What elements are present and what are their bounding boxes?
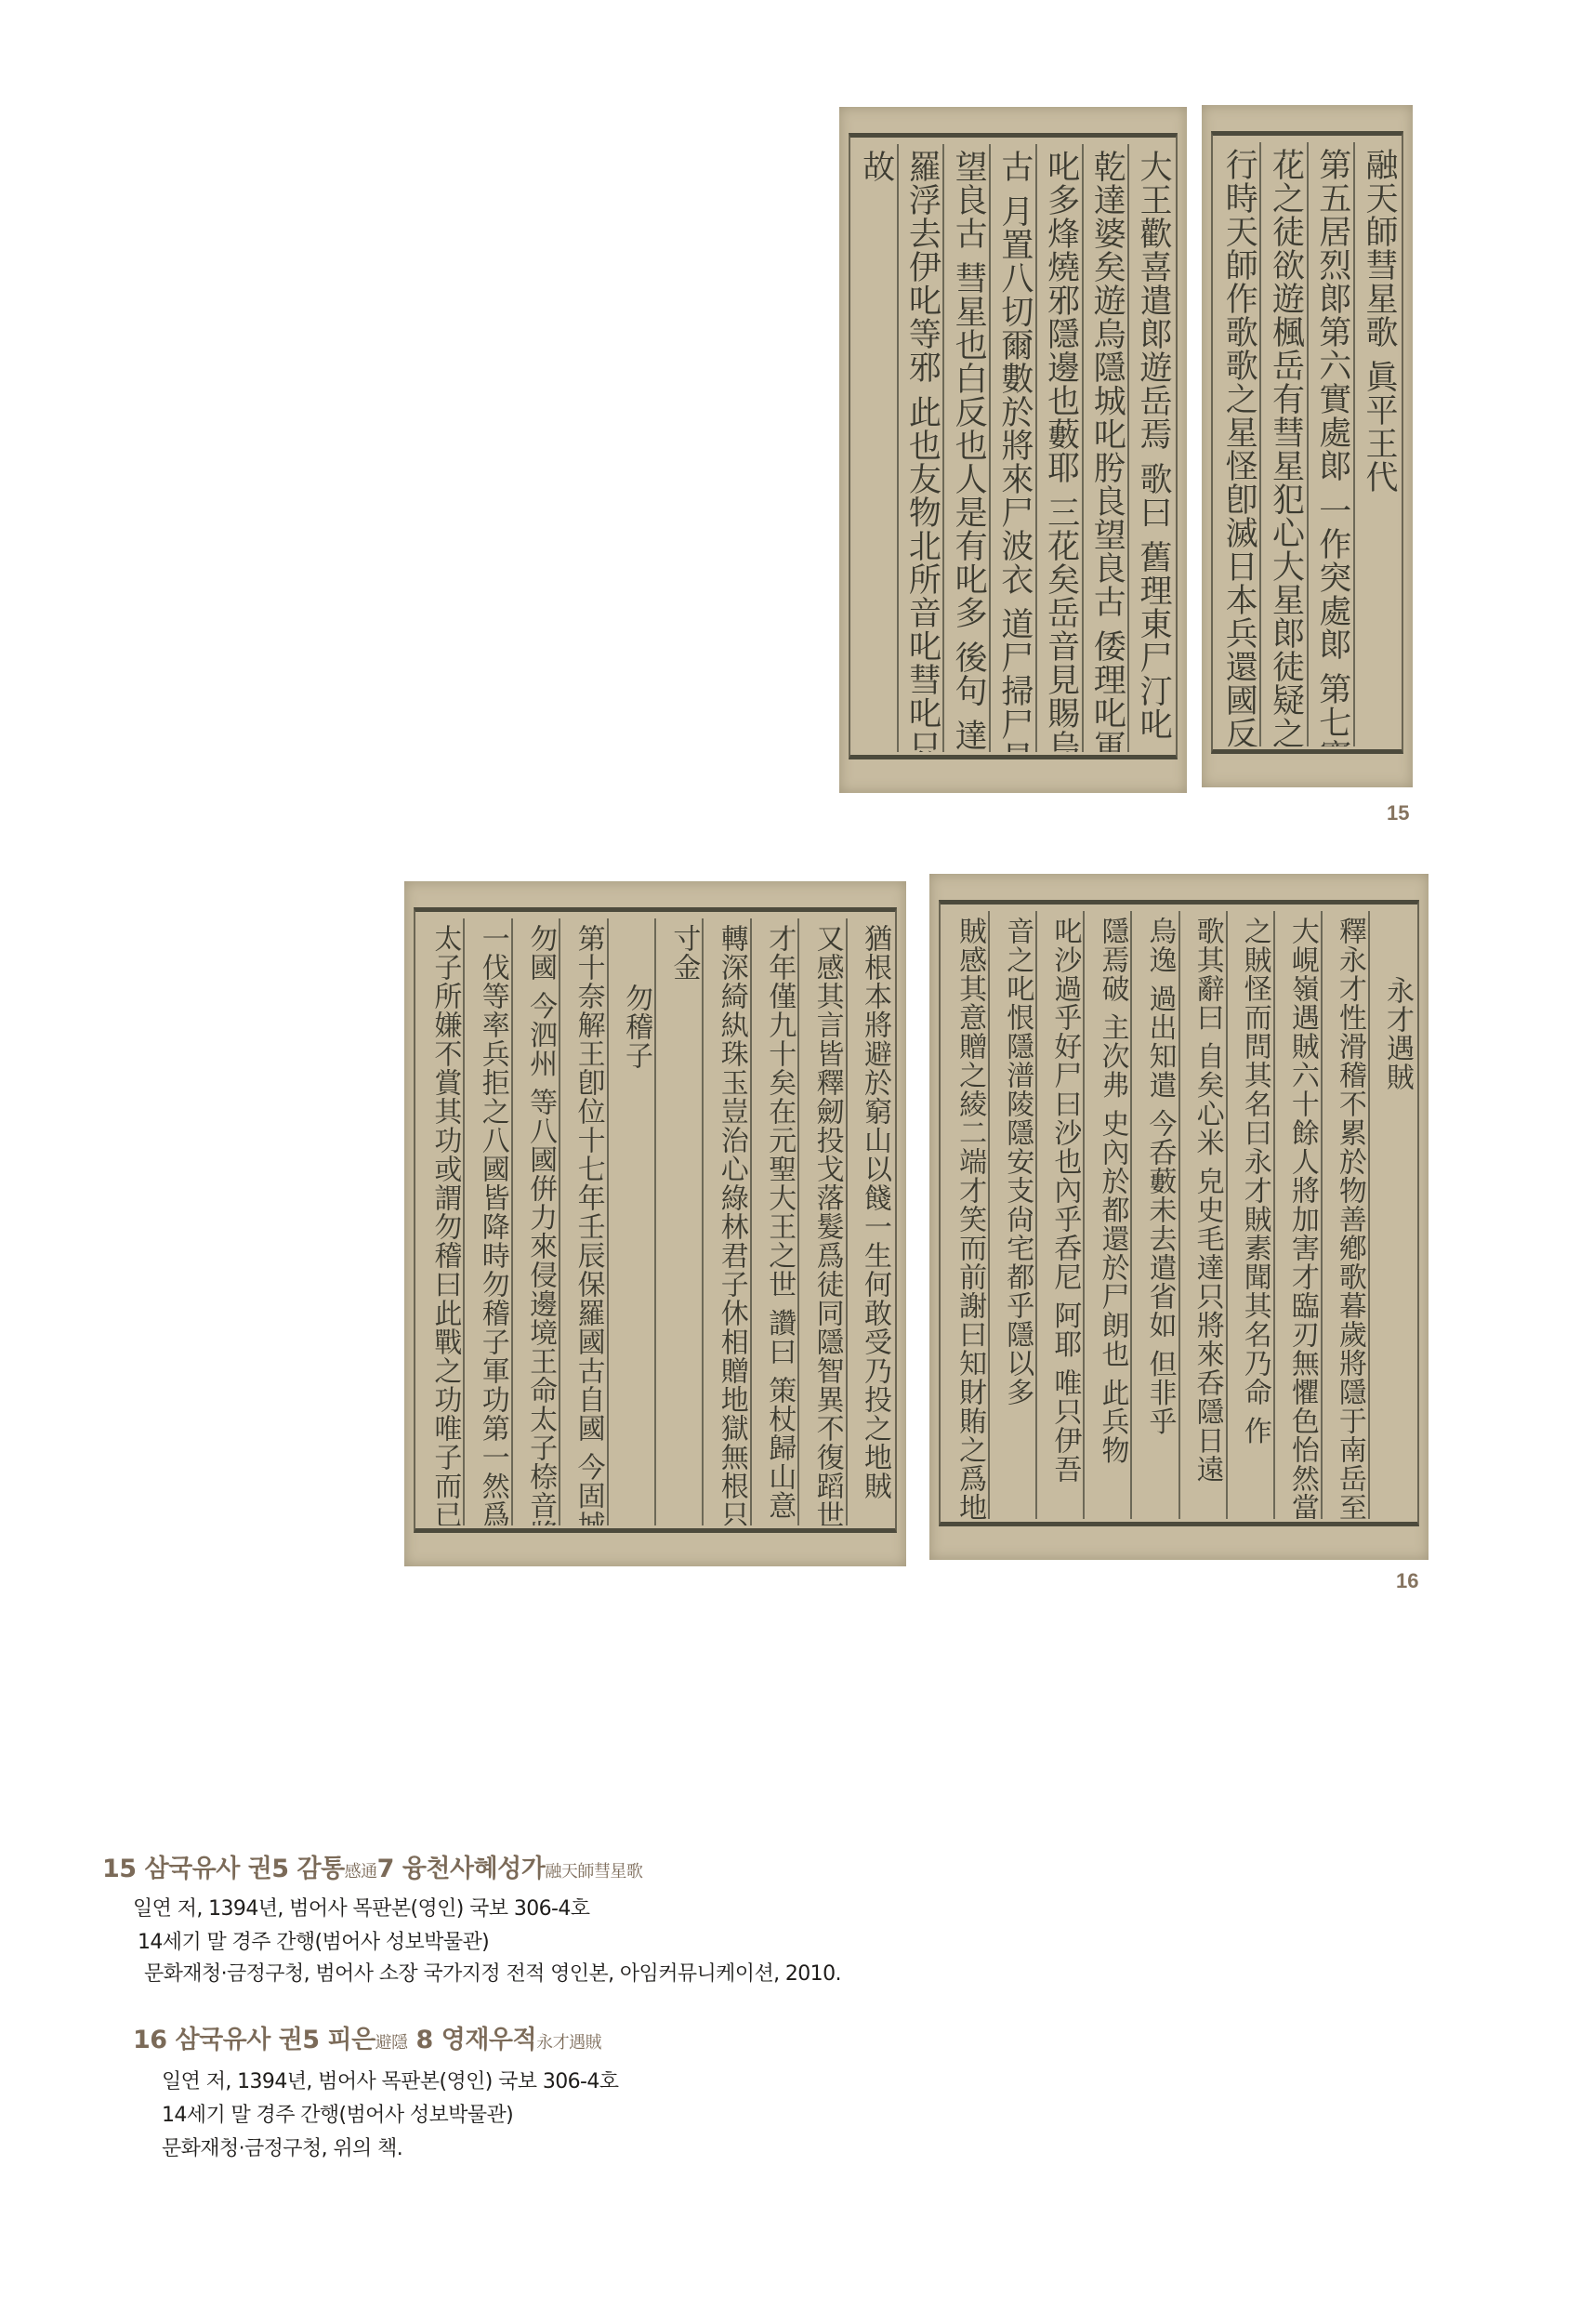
text-column: 釋永才性滑稽不累於物善鄕歌暮歲將隱于南岳至 xyxy=(1321,911,1368,1519)
woodblock-page-16-left: 猶根本將避於窮山以餞一生何敢受乃投之地賊 又感其言皆釋劒投戈落髮爲徒同隱智異不復… xyxy=(404,881,906,1566)
text-columns: 永才遇賊 釋永才性滑稽不累於物善鄕歌暮歲將隱于南岳至 大峴嶺遇賊六十餘人將加害才… xyxy=(942,911,1415,1519)
caption-15-line-3: 문화재청·금정구청, 범어사 소장 국가지정 전적 영인본, 아임커뮤니케이션,… xyxy=(144,1958,841,1987)
text-column: 乾達婆矣遊烏隱城叱肹良望良古 倭理叱軍置來 xyxy=(1082,144,1128,752)
caption-title: 삼국유사 권5 피은 xyxy=(175,2026,375,2054)
text-column: 永才遇賊 xyxy=(1368,911,1415,1519)
caption-15-heading: 15 삼국유사 권5 감통感通7 융천사혜성가融天師彗星歌 xyxy=(102,1848,642,1884)
text-column: 大王歡喜遣郞遊岳焉 歌曰 舊理東尸汀叱 xyxy=(1127,144,1174,752)
text-column: 烏逸 過出知遣 今呑藪未去遣省如 但非乎 xyxy=(1130,911,1178,1519)
text-columns: 大王歡喜遣郞遊岳焉 歌曰 舊理東尸汀叱 乾達婆矣遊烏隱城叱肹良望良古 倭理叱軍置… xyxy=(852,144,1174,752)
text-column: 隱焉破 主次弗 史內於都還於尸朗也 此兵物 xyxy=(1083,911,1130,1519)
figure-number-16: 16 xyxy=(1396,1569,1418,1593)
text-column: 太子所嫌不賞其功或謂勿稽曰此戰之功唯子而已 xyxy=(417,918,463,1525)
text-column: 又感其言皆釋劒投戈落髮爲徒同隱智異不復蹈世 xyxy=(797,918,845,1525)
text-column: 轉深綺紈珠玉豈治心綠林君子休相贈地獄無根只 xyxy=(702,918,749,1525)
text-columns: 融天師彗星歌 眞平王代 第五居烈郞第六實處郞 一作突處郞 第七寶同郞等三 花之徒… xyxy=(1215,142,1400,746)
caption-hanja: 避隱 xyxy=(375,2033,408,2053)
woodblock-page-15-right: 融天師彗星歌 眞平王代 第五居烈郞第六實處郞 一作突處郞 第七寶同郞等三 花之徒… xyxy=(1202,105,1413,787)
caption-16-heading: 16 삼국유사 권5 피은避隱 8 영재우적永才遇賊 xyxy=(133,2019,601,2055)
caption-hanja: 永才遇賊 xyxy=(536,2033,601,2053)
text-column: 賊感其意贈之綾二端才笑而前謝曰知財賄之爲地 xyxy=(942,911,988,1519)
text-column: 之賊怪而問其名曰永才賊素聞其名乃命 作 xyxy=(1226,911,1273,1519)
text-column: 融天師彗星歌 眞平王代 xyxy=(1353,142,1400,746)
caption-hanja: 感通 xyxy=(345,1862,377,1882)
caption-title: 삼국유사 권5 감통 xyxy=(144,1855,344,1883)
text-column: 第五居烈郞第六實處郞 一作突處郞 第七寶同郞等三 xyxy=(1307,142,1353,746)
text-column: 古 月置八切爾數於將來尸波衣 道尸掃尸星利 xyxy=(989,144,1035,752)
text-column: 行時天師作歌歌之星怪卽滅日本兵還國反成福慶 xyxy=(1215,142,1259,746)
text-column: 第十奈解王卽位十七年壬辰保羅國古自國 今固城 史 xyxy=(559,918,606,1525)
caption-15-line-2: 14세기 말 경주 간행(범어사 성보박물관) xyxy=(138,1926,489,1955)
figure-number-15: 15 xyxy=(1387,801,1409,825)
caption-16-line-3: 문화재청·금정구청, 위의 책. xyxy=(162,2133,402,2161)
caption-15-line-1: 일연 저, 1394년, 범어사 목판본(영인) 국보 306-4호 xyxy=(133,1893,589,1921)
text-column: 望良古 彗星也白反也人是有叱多 後句 達阿 xyxy=(942,144,989,752)
caption-number: 16 xyxy=(133,2026,167,2054)
text-column: 叱多烽燒邪隱邊也藪耶 三花矣岳音見賜烏尸聞 xyxy=(1035,144,1082,752)
caption-16-line-2: 14세기 말 경주 간행(범어사 성보박물관) xyxy=(162,2099,513,2128)
text-column: 猶根本將避於窮山以餞一生何敢受乃投之地賊 xyxy=(846,918,893,1525)
caption-subtitle: 7 융천사혜성가 xyxy=(377,1855,546,1883)
caption-16-line-1: 일연 저, 1394년, 범어사 목판본(영인) 국보 306-4호 xyxy=(162,2066,618,2094)
text-column: 歌其辭曰 自矣心米 皃史毛達只將來呑隱日遠 xyxy=(1178,911,1226,1519)
text-column: 音之叱恨隱潽陵隱安支尙宅都乎隱以多 xyxy=(988,911,1035,1519)
caption-hanja: 融天師彗星歌 xyxy=(545,1862,642,1882)
text-column: 一伐等率兵拒之八國皆降時勿稽子軍功第一然爲 xyxy=(463,918,510,1525)
text-column: 花之徒欲遊楓岳有彗星犯心大星郞徒疑之欲罷其 xyxy=(1259,142,1306,746)
woodblock-page-16-right: 永才遇賊 釋永才性滑稽不累於物善鄕歌暮歲將隱于南岳至 大峴嶺遇賊六十餘人將加害才… xyxy=(929,874,1429,1560)
woodblock-page-15-left: 大王歡喜遣郞遊岳焉 歌曰 舊理東尸汀叱 乾達婆矣遊烏隱城叱肹良望良古 倭理叱軍置… xyxy=(839,107,1187,793)
caption-subtitle: 8 영재우적 xyxy=(408,2026,536,2054)
caption-number: 15 xyxy=(102,1855,137,1883)
text-column: 勿稽子 xyxy=(607,918,654,1525)
text-column: 大峴嶺遇賊六十餘人將加害才臨刃無懼色怡然當 xyxy=(1273,911,1321,1519)
text-column: 勿國 今泗州 等八國倂力來侵邊境王命太子㮈音將軍 xyxy=(511,918,559,1525)
text-column: 叱沙過乎好尸曰沙也內乎呑尼 阿耶 唯只伊吾 xyxy=(1035,911,1083,1519)
text-column: 故 xyxy=(852,144,897,752)
text-column: 寸金 xyxy=(654,918,702,1525)
text-column: 羅浮去伊叱等邪 此也友物北所音叱彗叱只有叱 xyxy=(897,144,943,752)
text-column: 才年僅九十矣在元聖大王之世 讚曰 策杖歸山意 xyxy=(750,918,797,1525)
text-columns: 猶根本將避於窮山以餞一生何敢受乃投之地賊 又感其言皆釋劒投戈落髮爲徒同隱智異不復… xyxy=(417,918,893,1525)
